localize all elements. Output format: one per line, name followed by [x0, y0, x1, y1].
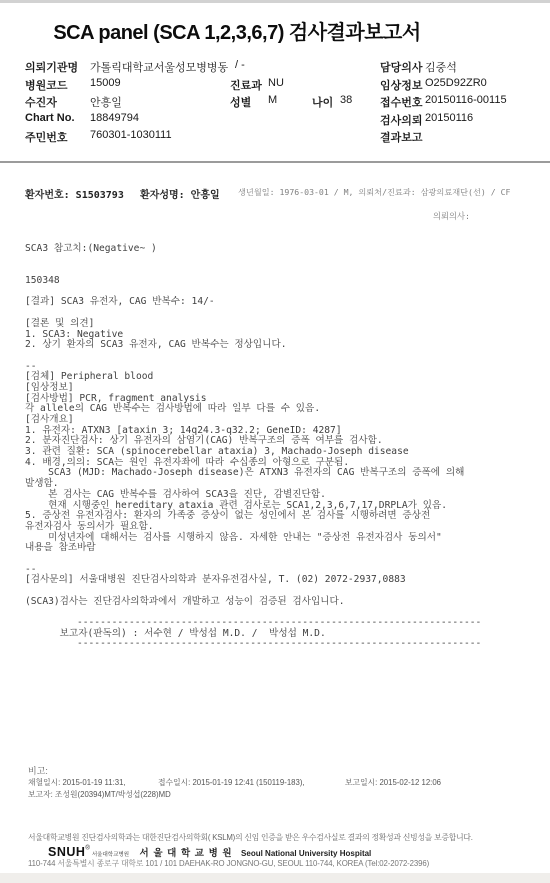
remarks-label: 비고:: [28, 764, 48, 777]
doctor-value: 김중석: [425, 59, 457, 75]
hospital-code-label: 병원코드: [25, 77, 68, 93]
doctor-label: 담당의사: [380, 59, 423, 75]
report-line: 유전자검사 동의서가 필요함.: [25, 522, 545, 533]
receive-time: 접수일시: 2015-01-19 12:41 (150119-183),: [158, 777, 305, 788]
report-line: 미성년자에 대해서는 검사를 시행하지 않음. 자세한 안내는 "증상전 유전자…: [25, 533, 545, 544]
report-page: SCA panel (SCA 1,2,3,6,7) 검사결과보고서 의뢰기관명 …: [0, 0, 550, 883]
title-wrap: SCA panel (SCA 1,2,3,6,7) 검사결과보고서: [0, 16, 474, 45]
patient-bar: 환자번호: S1503793 환자성명: 안흥일 생년월일: 1976-03-0…: [0, 186, 550, 220]
clinical-value: O25D92ZR0: [425, 77, 487, 89]
report-line: [검체] Peripheral blood: [25, 372, 545, 383]
report-line: SCA3 (MJD: Machado-Joseph disease)은 ATXN…: [25, 468, 545, 479]
report-time: 보고일시: 2015-02-12 12:06: [345, 777, 441, 788]
patient-value: 안흥일: [90, 94, 122, 110]
admin-row-2: 병원코드 15009 진료과 NU 임상정보 O25D92ZR0: [0, 77, 550, 92]
org-extra: / -: [235, 59, 245, 71]
admin-row-1: 의뢰기관명 가톨릭대학교서울성모병병동 / - 담당의사 김중석: [0, 59, 550, 74]
dept-value: NU: [268, 77, 284, 89]
report-body: SCA3 참고치:(Negative~ )150348[결과] SCA3 유전자…: [25, 244, 545, 650]
report-line: 150348: [25, 276, 545, 287]
collect-time: 채혈일시: 2015-01-19 11:31,: [28, 777, 126, 788]
org-label: 의뢰기관명: [25, 59, 78, 75]
report-line: [25, 265, 545, 276]
registered-mark-icon: ®: [85, 846, 89, 852]
order-date-value: 20150116: [425, 112, 473, 124]
top-edge-strip: [0, 0, 550, 3]
patient-birth-info: 생년월일: 1976-03-01 / M, 의뢰처/진료과: 삼광의료재단(선)…: [238, 187, 510, 198]
admin-row-4: Chart No. 18849794 검사의뢰 20150116: [0, 112, 550, 127]
rrn-label: 주민번호: [25, 129, 68, 145]
age-label: 나이: [312, 94, 333, 110]
report-line: 2. 상기 환자의 SCA3 유전자, CAG 반복수는 정상입니다.: [25, 340, 545, 351]
report-line: [검사문의] 서울대병원 진단검사의학과 분자유전검사실, T. (02) 20…: [25, 575, 545, 586]
hospital-code-value: 15009: [90, 77, 121, 89]
referring-doctor-label: 의뢰의사:: [433, 210, 470, 222]
order-date-label: 검사의뢰: [380, 112, 423, 128]
hospital-address: 110-744 서울특별시 종로구 대학로 101 / 101 DAEHAK-R…: [28, 858, 543, 869]
report-line: [25, 308, 545, 319]
rrn-value: 760301-1030111: [90, 129, 172, 141]
report-line: ----------------------------------------…: [25, 639, 545, 650]
patient-name: 환자성명: 안흥일: [140, 186, 220, 201]
report-line: [25, 255, 545, 266]
chart-no-value: 18849794: [90, 112, 139, 124]
dept-label: 진료과: [230, 77, 262, 93]
accreditation-text: 서울대학교병원 진단검사의학과는 대한진단검사의학회( KSLM)의 신임 인증…: [28, 832, 543, 843]
bottom-edge-strip: [0, 873, 550, 883]
report-line: [결과] SCA3 유전자, CAG 반복수: 14/-: [25, 297, 545, 308]
report-line: (SCA3)검사는 진단검사의학과에서 개발하고 성능이 검증된 검사입니다.: [25, 597, 545, 608]
section-divider: [0, 161, 550, 163]
hospital-name-english: Seoul National University Hospital: [241, 849, 371, 858]
report-line: SCA3 참고치:(Negative~ ): [25, 244, 545, 255]
report-line: [25, 554, 545, 565]
receipt-value: 20150116-00115: [425, 94, 507, 106]
report-line: [25, 351, 545, 362]
patient-number: 환자번호: S1503793: [25, 186, 124, 201]
remarks-reporter: 보고자: 조성원(20394)MT/박성섭(228)MD: [28, 789, 171, 800]
age-value: 38: [340, 94, 352, 106]
report-line: 각 allele의 CAG 반복수는 검사방법에 따라 일부 다를 수 있음.: [25, 404, 545, 415]
snuh-logo-text: SNUH: [48, 845, 85, 859]
page-title: SCA panel (SCA 1,2,3,6,7) 검사결과보고서: [53, 22, 420, 44]
org-value: 가톨릭대학교서울성모병병동: [90, 59, 228, 75]
patient-label: 수진자: [25, 94, 57, 110]
clinical-label: 임상정보: [380, 77, 423, 93]
result-report-label: 결과보고: [380, 129, 423, 145]
receipt-label: 접수번호: [380, 94, 423, 110]
report-line: 본 검사는 CAG 반복수를 검사하여 SCA3을 진단, 감별진단함.: [25, 490, 545, 501]
admin-row-3: 수진자 안흥일 성별 M 나이 38 접수번호 20150116-00115: [0, 94, 550, 109]
admin-row-5: 주민번호 760301-1030111 결과보고: [0, 129, 550, 144]
report-line: [결론 및 의견]: [25, 319, 545, 330]
sex-label: 성별: [230, 94, 251, 110]
report-line: 내용을 참조바람: [25, 543, 545, 554]
chart-no-label: Chart No.: [25, 112, 75, 124]
sex-value: M: [268, 94, 277, 106]
